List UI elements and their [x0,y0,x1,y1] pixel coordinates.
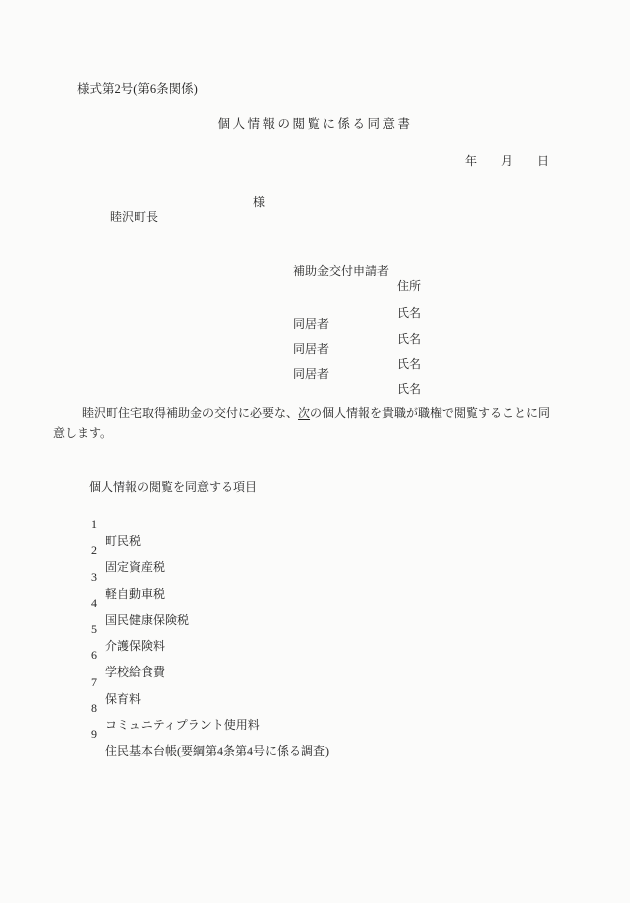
consent-item-number: 9 [91,727,97,742]
consent-item: 6 学校給食費 [0,633,630,649]
consent-statement: 睦沢町住宅取得補助金の交付に必要な、次の個人情報を貴職が職権で閲覧することに同意… [53,403,573,443]
consent-statement-text: 睦沢町住宅取得補助金の交付に必要な、 [82,406,298,420]
consent-form-page: 様式第2号(第6条関係) 個人情報の閲覧に係る同意書 年 月 日 睦沢町長 様 … [0,0,630,903]
page-title: 個人情報の閲覧に係る同意書 [0,114,630,132]
signature-row-cohabitant-1: 同居者 氏名 [0,300,630,316]
signature-row-cohabitant-3: 同居者 氏名 [0,350,630,366]
addressee-line: 睦沢町長 様 [98,193,398,255]
signature-row-applicant-address: 補助金交付申請者 住所 [0,247,630,263]
consent-statement-text: 意します。 [53,426,112,440]
signature-role-label: 同居者 [293,365,329,382]
signature-row-applicant-name: 氏名 [0,274,630,290]
consent-item-label: 住民基本台帳(要綱第4条第4号に係る調査) [105,742,329,759]
signature-field-label: 氏名 [397,380,421,397]
consent-item: 5 介護保険料 [0,607,630,623]
signature-row-cohabitant-2: 同居者 氏名 [0,325,630,341]
consent-item: 2 固定資産税 [0,528,630,544]
consent-item: 8 コミュニティプラント使用料 [0,686,630,702]
date-line: 年 月 日 [465,152,549,169]
consent-items-heading: 個人情報の閲覧を同意する項目 [89,478,257,495]
consent-statement-text: の個人情報を貴職が職権で閲覧することに同 [310,406,550,420]
consent-statement-underlined-word: 次 [298,406,310,420]
consent-item: 4 国民健康保険税 [0,581,630,597]
consent-item: 9 住民基本台帳(要綱第4条第4号に係る調査) [0,712,630,728]
form-number: 様式第2号(第6条関係) [77,79,198,97]
addressee-name: 睦沢町長 [110,210,158,224]
consent-item: 7 保育料 [0,660,630,676]
consent-item: 1 町民税 [0,502,630,518]
consent-item: 3 軽自動車税 [0,555,630,571]
addressee-honorific: 様 [253,193,265,210]
